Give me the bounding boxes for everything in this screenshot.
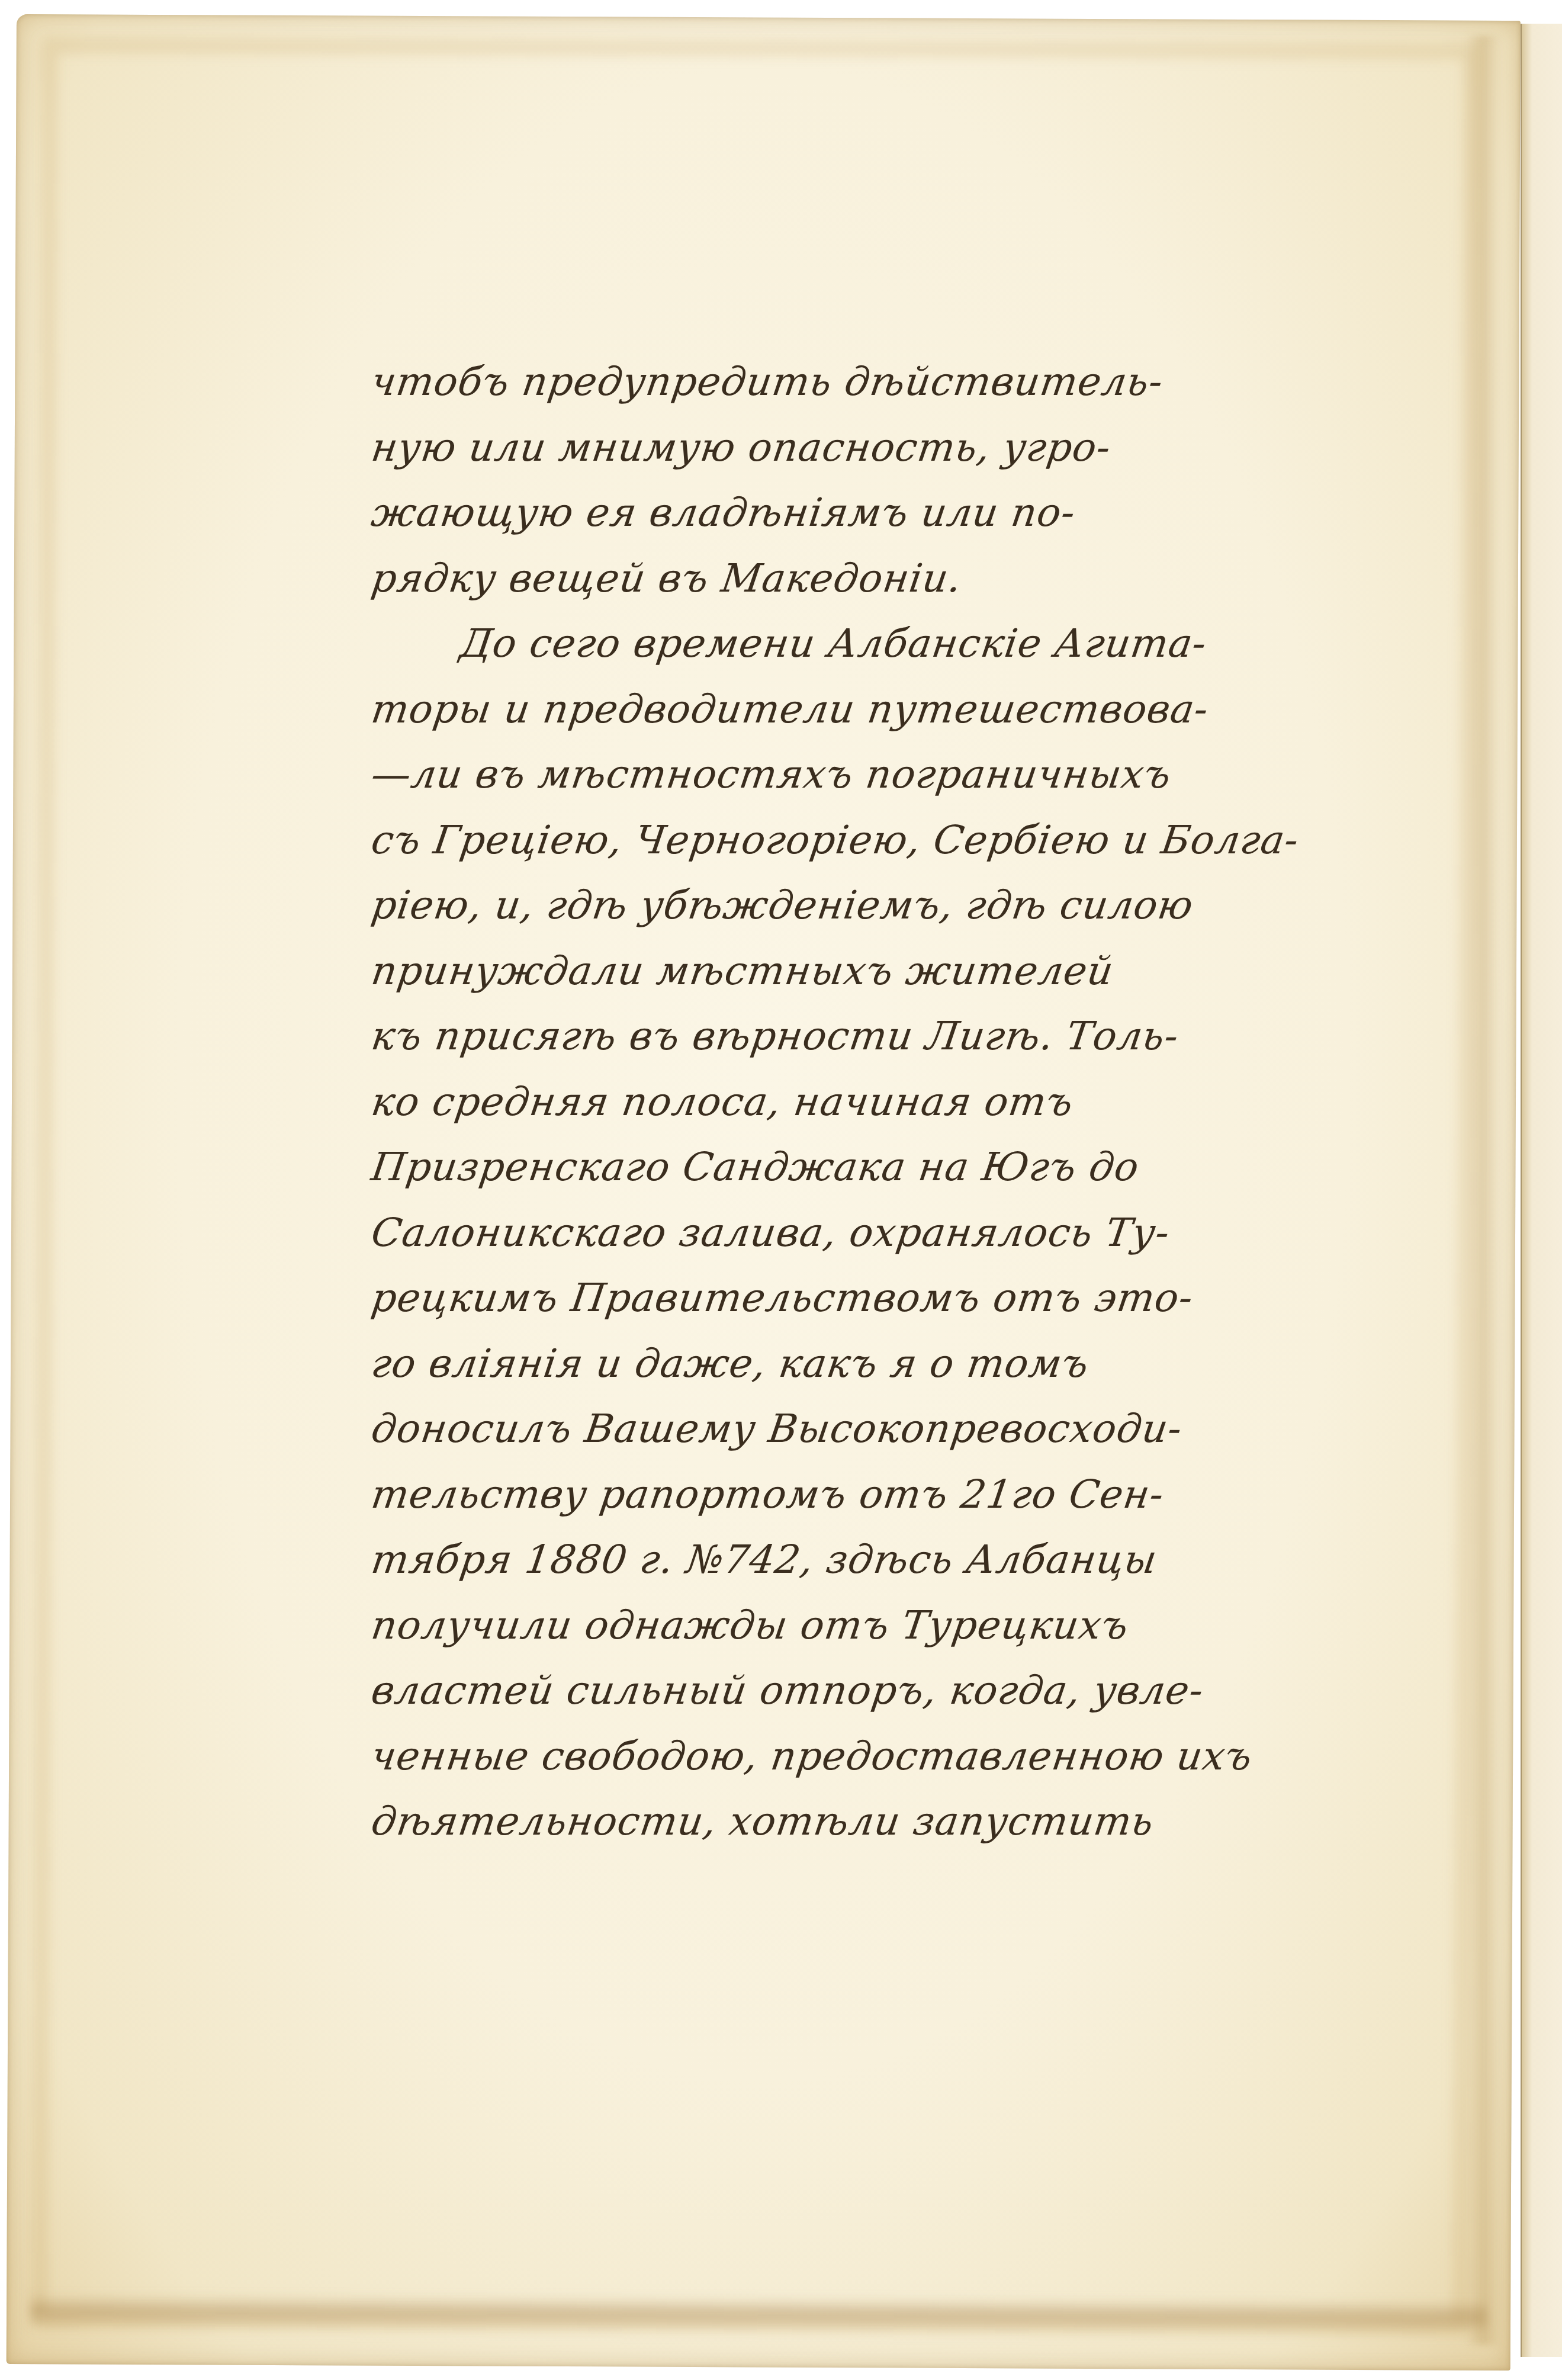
text-line: получили однажды отъ Турецкихъ — [367, 1593, 1531, 1659]
text-line: рецкимъ Правительствомъ отъ это- — [367, 1266, 1531, 1331]
text-line: тября 1880 г. №742, здѣсь Албанцы — [367, 1527, 1531, 1593]
text-line: Салоникскаго залива, охранялось Ту- — [367, 1200, 1531, 1266]
text-line: рядку вещей въ Македоніи. — [367, 546, 1531, 612]
text-line: съ Греціею, Черногоріею, Сербіею и Болга… — [367, 808, 1531, 873]
text-line: го вліянія и даже, какъ я о томъ — [367, 1331, 1531, 1397]
text-line: тельству рапортомъ отъ 21го Сен- — [367, 1462, 1531, 1528]
text-line: дѣятельности, хотѣли запустить — [367, 1789, 1531, 1855]
text-line: —ли въ мѣстностяхъ пограничныхъ — [367, 742, 1531, 808]
text-line: Призренскаго Санджака на Югъ до — [367, 1135, 1531, 1200]
paragraph-start-line: До сего времени Албанскіе Агита- — [367, 611, 1531, 677]
text-line: ченные свободою, предоставленною ихъ — [367, 1724, 1531, 1790]
text-line: ную или мнимую опасность, угро- — [367, 415, 1531, 481]
handwritten-text-block: чтобъ предупредить дѣйствитель- ную или … — [367, 349, 1522, 1855]
text-line: доносилъ Вашему Высокопревосходи- — [367, 1396, 1531, 1462]
text-line: къ присягѣ въ вѣрности Лигѣ. Толь- — [367, 1004, 1531, 1069]
text-line: ріею, и, гдѣ убѣжденіемъ, гдѣ силою — [367, 873, 1531, 939]
text-line: властей сильный отпоръ, когда, увле- — [367, 1658, 1531, 1724]
text-line: торы и предводители путешествова- — [367, 677, 1531, 743]
text-line: принуждали мѣстныхъ жителей — [367, 939, 1531, 1004]
text-line: ко средняя полоса, начиная отъ — [367, 1069, 1531, 1135]
text-line: жающую ея владѣніямъ или по- — [367, 480, 1531, 546]
text-line: чтобъ предупредить дѣйствитель- — [367, 349, 1531, 415]
